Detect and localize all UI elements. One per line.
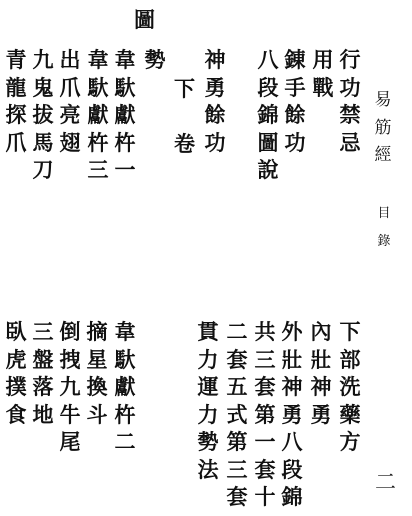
entry-char: 功: [285, 129, 306, 157]
entry-char: 刀: [33, 156, 54, 184]
entry-char: 韋: [115, 318, 136, 346]
bottom-contents-entry: 韋馱獻杵二: [112, 318, 138, 456]
entry-char: 爪: [6, 129, 27, 157]
bottom-contents-entry: 摘星換斗: [84, 318, 110, 428]
entry-char: 杵: [115, 129, 136, 157]
entry-char: 摘: [87, 318, 108, 346]
entry-char: 拽: [60, 346, 81, 374]
entry-char: 獻: [115, 373, 136, 401]
title-char: 錄: [377, 230, 390, 258]
entry-char: 神: [282, 373, 303, 401]
entry-char: 勢: [145, 46, 166, 74]
entry-char: 二: [115, 428, 136, 456]
entry-char: 神: [205, 46, 226, 74]
entry-char: 功: [340, 74, 361, 102]
entry-char: 段: [282, 456, 303, 484]
entry-char: 三: [33, 318, 54, 346]
entry-char: 馱: [115, 74, 136, 102]
entry-char: 食: [6, 401, 27, 429]
entry-char: 十: [255, 483, 276, 511]
entry-char: 三: [88, 156, 109, 184]
title-char: 易: [375, 86, 392, 114]
entry-char: 一: [255, 428, 276, 456]
page-number: 二: [375, 466, 396, 496]
entry-char: 內: [311, 318, 332, 346]
entry-char: 神: [311, 373, 332, 401]
bottom-contents-entry: 下部洗藥方: [337, 318, 363, 456]
entry-char: 套: [227, 483, 248, 511]
bottom-contents-entry: 臥虎撲食: [3, 318, 29, 428]
entry-char: 臥: [6, 318, 27, 346]
entry-char: 部: [340, 346, 361, 374]
entry-char: 二: [227, 318, 248, 346]
top-contents-entry: 八段錦圖說: [255, 46, 281, 184]
entry-char: 九: [60, 373, 81, 401]
entry-char: 爪: [60, 74, 81, 102]
entry-char: 戰: [313, 74, 334, 102]
top-contents-entry: 韋馱獻杵一: [112, 46, 138, 184]
entry-char: 段: [258, 74, 279, 102]
entry-char: 五: [227, 373, 248, 401]
contents-label: 目錄: [371, 202, 397, 257]
entry-char: 用: [313, 46, 334, 74]
entry-char: 獻: [115, 101, 136, 129]
bottom-contents-entry: 二套五式第三套: [224, 318, 250, 511]
bottom-contents-entry: 倒拽九牛尾: [57, 318, 83, 456]
entry-char: 鬼: [33, 74, 54, 102]
entry-char: 牛: [60, 401, 81, 429]
entry-char: 功: [205, 129, 226, 157]
title-char: 經: [375, 141, 392, 169]
bottom-contents-entry: 內壯神勇: [308, 318, 334, 428]
top-contents-entry: 韋馱獻杵三: [85, 46, 111, 184]
entry-char: 力: [198, 401, 219, 429]
entry-char: 第: [255, 401, 276, 429]
title-char: 筋: [375, 114, 392, 142]
entry-char: 力: [198, 346, 219, 374]
entry-char: 三: [255, 346, 276, 374]
entry-char: 手: [285, 74, 306, 102]
entry-char: 八: [258, 46, 279, 74]
book-title: 易筋經: [370, 86, 396, 169]
entry-char: 馬: [33, 129, 54, 157]
bottom-contents-entry: 貫力運力勢法: [195, 318, 221, 483]
bottom-contents-entry: 外壯神勇八段錦: [279, 318, 305, 511]
entry-char: 獻: [88, 101, 109, 129]
entry-char: 法: [198, 456, 219, 484]
entry-char: 青: [6, 46, 27, 74]
entry-char: 勇: [282, 401, 303, 429]
entry-char: 錦: [258, 101, 279, 129]
entry-char: 圖: [258, 129, 279, 157]
top-contents-entry: 青龍探爪: [3, 46, 29, 156]
entry-char: 龍: [6, 74, 27, 102]
entry-char: 韋: [88, 46, 109, 74]
entry-char: 杵: [115, 401, 136, 429]
entry-char: 外: [282, 318, 303, 346]
entry-char: 探: [6, 101, 27, 129]
entry-char: 杵: [88, 129, 109, 157]
entry-char: 翅: [60, 129, 81, 157]
top-contents-entry: 行功禁忌: [337, 46, 363, 156]
entry-char: 尾: [60, 428, 81, 456]
entry-char: 勇: [311, 401, 332, 429]
entry-char: 勢: [198, 428, 219, 456]
entry-char: 方: [340, 428, 361, 456]
entry-char: 盤: [33, 346, 54, 374]
entry-char: 餘: [205, 101, 226, 129]
entry-char: 拔: [33, 101, 54, 129]
bottom-contents-entry: 三盤落地: [30, 318, 56, 428]
entry-char: 壯: [311, 346, 332, 374]
entry-char: 換: [87, 373, 108, 401]
entry-char: 禁: [340, 101, 361, 129]
top-contents-entry: 出爪亮翅: [57, 46, 83, 156]
entry-char: 壯: [282, 346, 303, 374]
top-contents-entry: 錬手餘功: [282, 46, 308, 156]
entry-char: 倒: [60, 318, 81, 346]
entry-char: 八: [282, 428, 303, 456]
entry-char: 馱: [115, 346, 136, 374]
entry-char: 套: [227, 346, 248, 374]
volume-label-xia: 下: [174, 73, 195, 103]
bottom-contents-entry: 共三套第一套十: [252, 318, 278, 511]
entry-char: 落: [33, 373, 54, 401]
entry-char: 三: [227, 456, 248, 484]
entry-char: 共: [255, 318, 276, 346]
entry-char: 下: [340, 318, 361, 346]
title-char: 目: [377, 202, 390, 230]
entry-char: 藥: [340, 401, 361, 429]
volume-label-juan: 卷: [174, 128, 195, 158]
entry-char: 亮: [60, 101, 81, 129]
entry-char: 錦: [282, 483, 303, 511]
entry-char: 虎: [6, 346, 27, 374]
entry-char: 套: [255, 373, 276, 401]
entry-char: 套: [255, 456, 276, 484]
top-contents-entry: 九鬼拔馬刀: [30, 46, 56, 184]
entry-char: 馱: [88, 74, 109, 102]
top-contents-entry: 勢: [142, 46, 168, 74]
entry-char: 洗: [340, 373, 361, 401]
entry-char: 一: [115, 156, 136, 184]
entry-char: 第: [227, 428, 248, 456]
entry-char: 出: [60, 46, 81, 74]
entry-char: 式: [227, 401, 248, 429]
entry-char: 斗: [87, 401, 108, 429]
entry-char: 行: [340, 46, 361, 74]
entry-char: 餘: [285, 101, 306, 129]
entry-char: 九: [33, 46, 54, 74]
entry-char: 韋: [115, 46, 136, 74]
entry-char: 錬: [285, 46, 306, 74]
entry-char: 撲: [6, 373, 27, 401]
entry-char: 貫: [198, 318, 219, 346]
heading-tu: 圖: [134, 4, 155, 34]
entry-char: 忌: [340, 129, 361, 157]
entry-char: 星: [87, 346, 108, 374]
entry-char: 勇: [205, 74, 226, 102]
entry-char: 運: [198, 373, 219, 401]
entry-char: 說: [258, 156, 279, 184]
entry-char: 地: [33, 401, 54, 429]
top-contents-entry: 用戰: [310, 46, 336, 101]
top-contents-entry: 神勇餘功: [202, 46, 228, 156]
